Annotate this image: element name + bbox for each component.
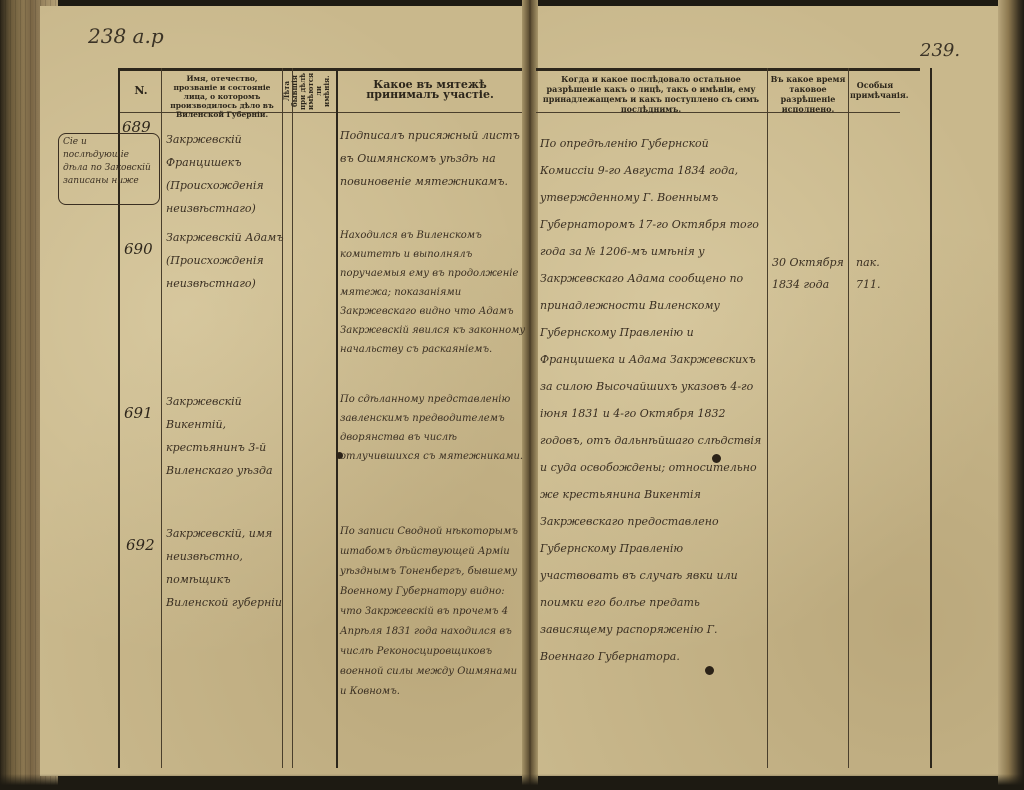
entry-participation: Подписалъ присяжный листъ въ Ошмянскомъ … xyxy=(340,124,526,193)
ink-stain xyxy=(705,666,714,675)
column-divider xyxy=(161,68,162,768)
entry-number: 689 xyxy=(122,118,151,136)
header-resolution: Когда и какое послѣдовало остальное разр… xyxy=(536,74,766,114)
open-ledger-book: 238 a.p 239. N. Имя, отечество, прозвані… xyxy=(0,0,1024,790)
entry-name: Закржевскій, имя неизвѣстно, помѣщикъ Ви… xyxy=(166,522,284,614)
entry-number: 692 xyxy=(126,536,155,554)
column-divider xyxy=(767,68,768,768)
column-divider xyxy=(292,68,293,768)
column-divider xyxy=(848,68,849,768)
entry-name: Закржевскій Францишекъ (Происхожденія не… xyxy=(166,128,284,220)
table-top-rule-left xyxy=(118,68,522,71)
margin-note-box: Сіе и послѣдующіе дѣла по Заковскій запи… xyxy=(58,133,160,205)
ink-stain xyxy=(712,454,721,463)
entry-name: Закржевскій Адамъ (Происхожденія неизвѣс… xyxy=(166,226,284,295)
book-page-edges-right xyxy=(998,0,1024,790)
page-number-right: 239. xyxy=(920,40,960,61)
column-divider xyxy=(930,68,932,768)
header-participation: Какое въ мятежѣ принималъ участіе. xyxy=(340,80,520,100)
entry-participation: Находился въ Виленскомъ комитетѣ и выпол… xyxy=(340,226,526,359)
entry-participation: По записи Сводной нѣкоторымъ штабомъ дѣй… xyxy=(340,522,526,702)
page-number-left: 238 a.p xyxy=(88,24,164,48)
column-divider xyxy=(336,68,338,768)
header-name: Имя, отечество, прозваніе и состояніе ли… xyxy=(164,74,280,119)
header-number: N. xyxy=(122,86,160,96)
remarks-text: пак. 711. xyxy=(856,252,900,296)
header-unclear: Лѣта бывшія при дѣлѣ имѣются ли имѣнія. xyxy=(283,72,335,110)
ink-stain xyxy=(336,452,343,459)
entry-number: 691 xyxy=(124,404,153,422)
header-remarks: Особыя примѣчанія. xyxy=(850,80,900,100)
entry-participation: По сдѣланному представленію завленскимъ … xyxy=(340,390,526,466)
header-executed: Въ какое время таковое разрѣшеніе исполн… xyxy=(770,74,846,114)
resolution-text: По опредѣленію Губернской Комиссіи 9-го … xyxy=(540,130,764,670)
entry-name: Закржевскій Викентій, крестьянинъ 3-й Ви… xyxy=(166,390,284,482)
book-bottom-shadow xyxy=(0,774,1024,790)
table-top-rule-right xyxy=(536,68,920,71)
executed-date: 30 Октября 1834 года xyxy=(772,252,846,296)
entry-number: 690 xyxy=(124,240,153,258)
